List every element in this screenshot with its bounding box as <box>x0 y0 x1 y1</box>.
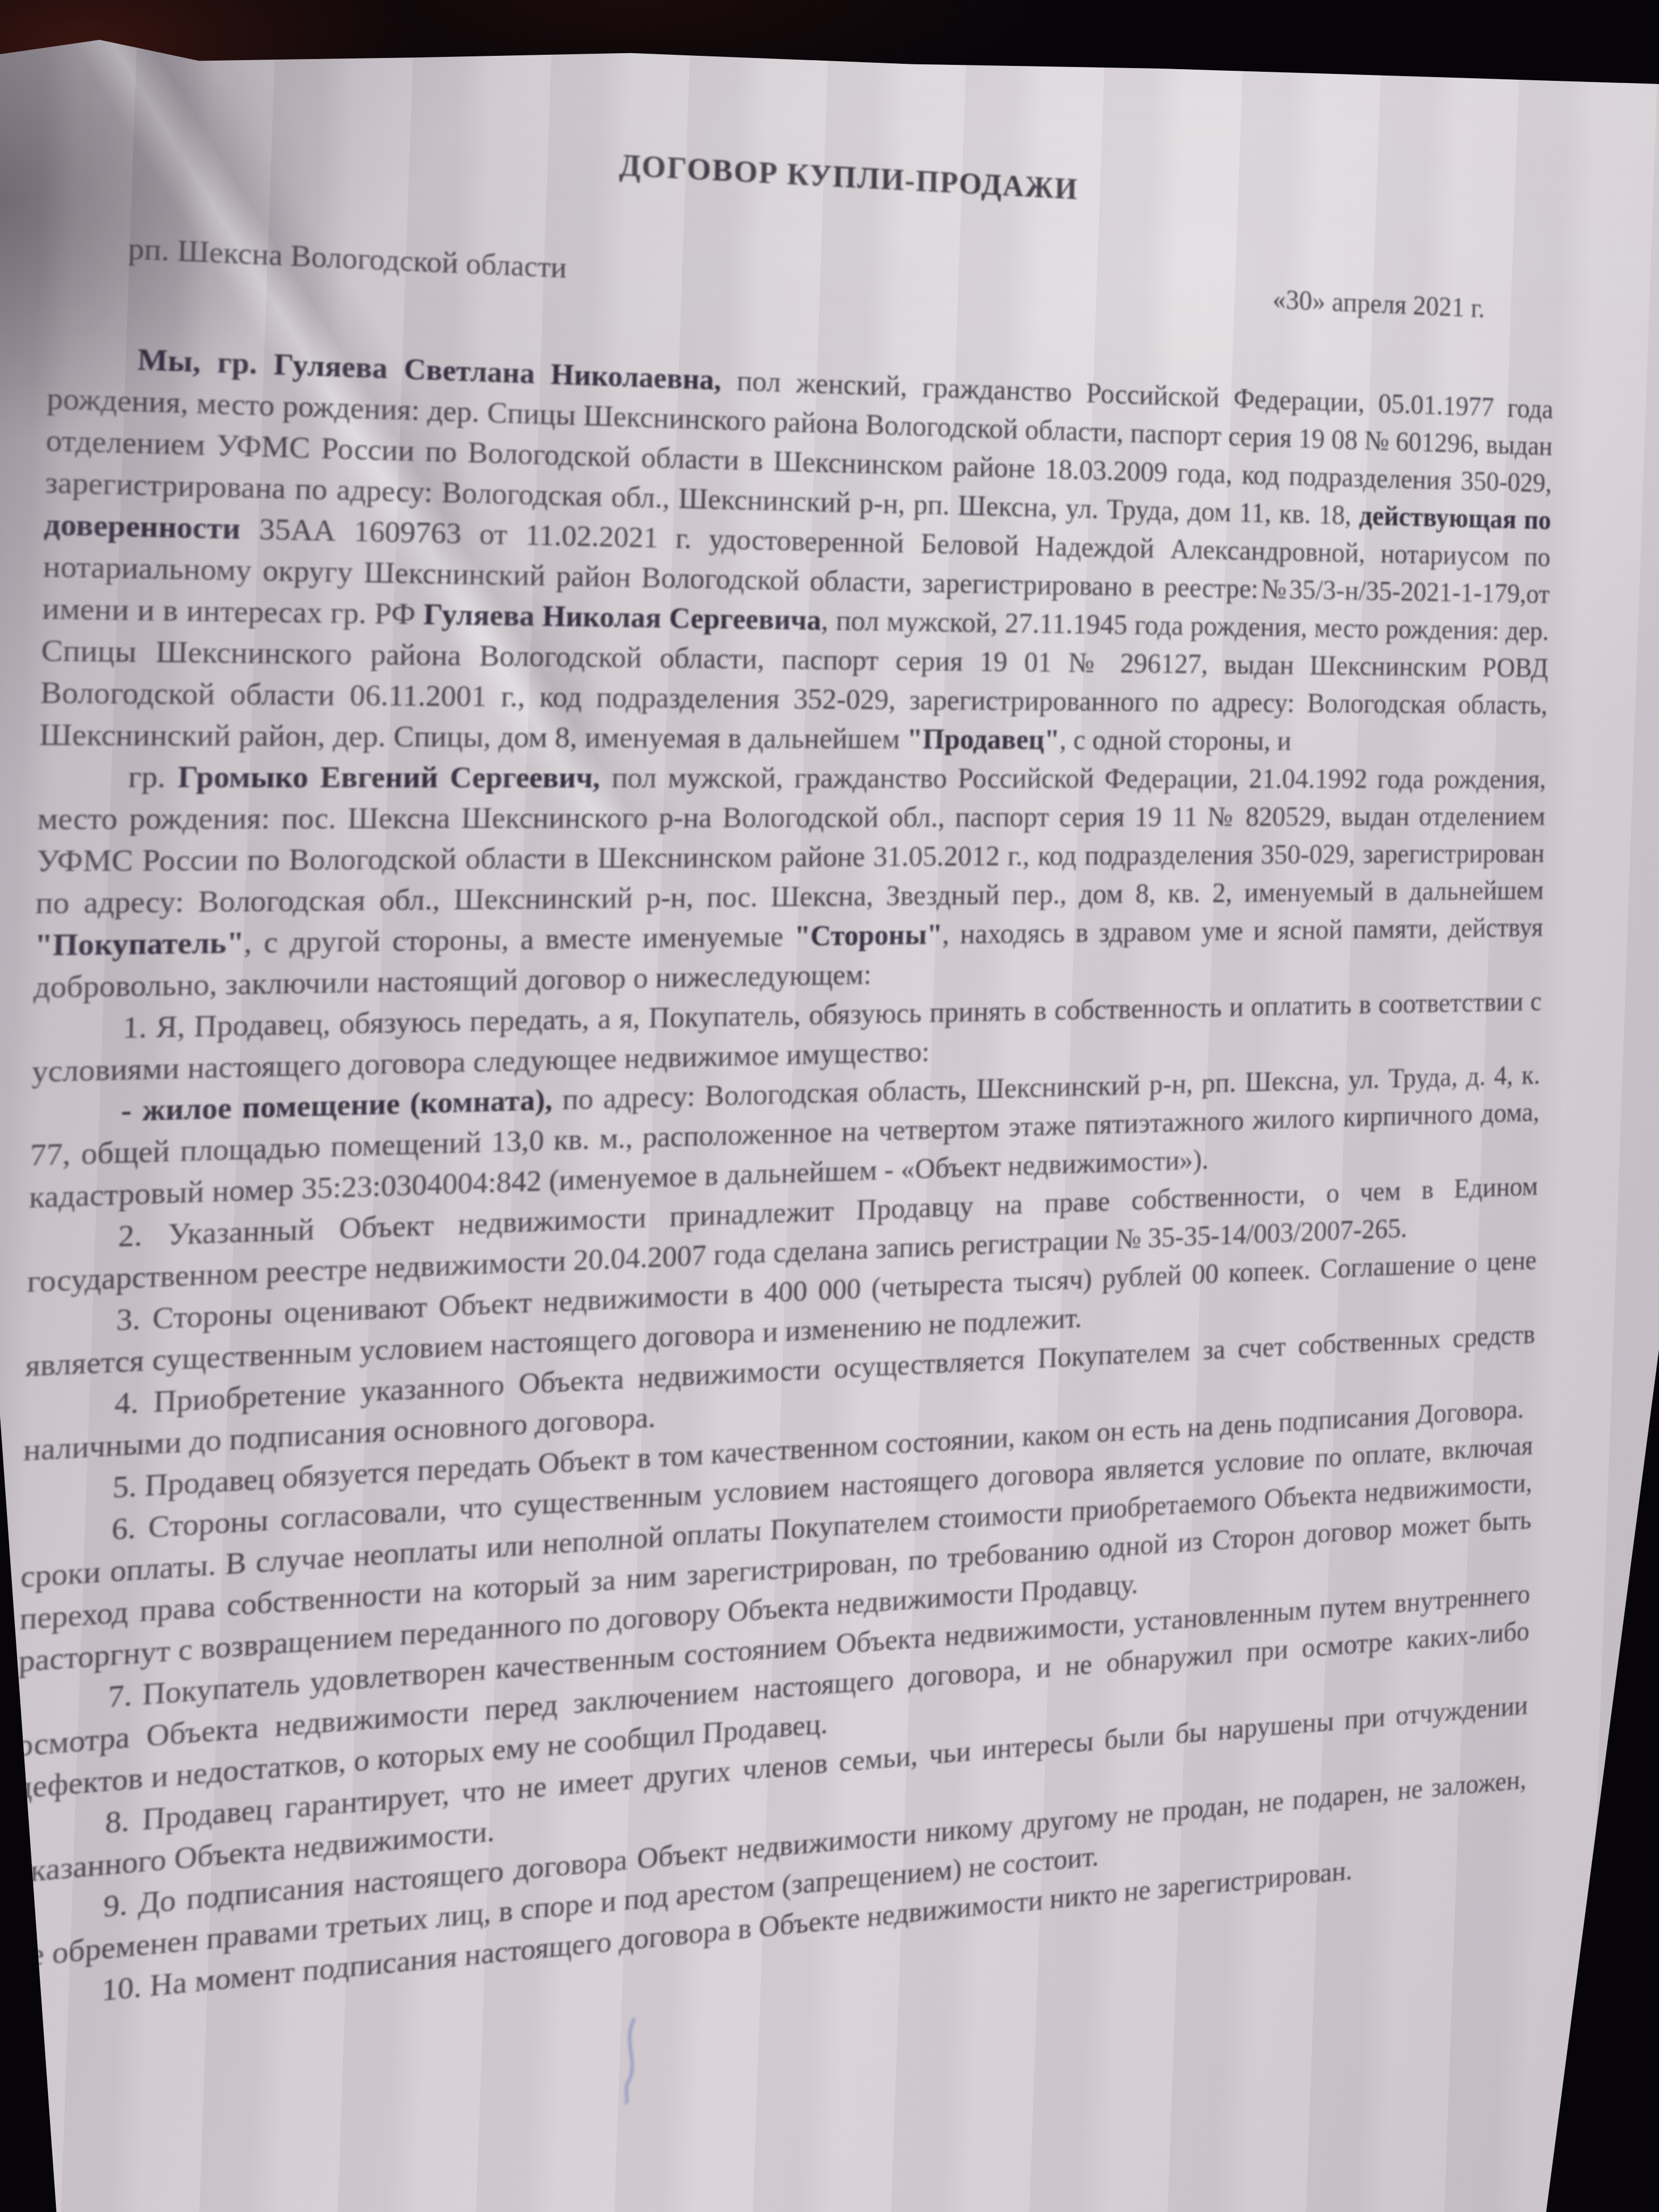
bold-text-run: "Продавец" <box>907 723 1060 756</box>
text-run: , с одной стороны, и <box>1059 724 1292 756</box>
ink-smudge <box>601 2015 659 2106</box>
document-title: ДОГОВОР КУПЛИ-ПРОДАЖИ <box>52 113 1557 234</box>
bold-text-run: "Стороны" <box>794 918 943 952</box>
text-run: , с другой стороны, а вместе именуемые <box>244 920 794 959</box>
contract-body: Мы, гр. Гуляева Светлана Николаевна, пол… <box>11 336 1553 2021</box>
bold-text-run: Гуляева Николая Сергеевича <box>423 598 822 636</box>
bold-text-run: Громыко Евгений Сергеевич, <box>178 760 601 794</box>
bold-text-run: "Покупатель" <box>35 926 245 962</box>
document-page: ДОГОВОР КУПЛИ-ПРОДАЖИ рп. Шексна Вологод… <box>0 0 1659 2212</box>
document-place: рп. Шексна Вологодской области <box>128 228 567 288</box>
bold-text-run: - жилое помещение (комната), <box>121 1084 553 1128</box>
document-date: «30» апреля 2021 г. <box>1272 281 1485 328</box>
paragraph: Мы, гр. Гуляева Светлана Николаевна, пол… <box>39 336 1554 761</box>
place-date-row: рп. Шексна Вологодской области «30» апре… <box>50 225 1556 331</box>
paragraph: гр. Громыко Евгений Сергеевич, пол мужск… <box>33 756 1547 1009</box>
text-run: гр. <box>128 760 178 794</box>
contract-content: ДОГОВОР КУПЛИ-ПРОДАЖИ рп. Шексна Вологод… <box>11 113 1557 2021</box>
photo-background: ДОГОВОР КУПЛИ-ПРОДАЖИ рп. Шексна Вологод… <box>0 0 1659 2212</box>
text-run: пол женский, гражданство Российской Феде… <box>45 364 1554 530</box>
